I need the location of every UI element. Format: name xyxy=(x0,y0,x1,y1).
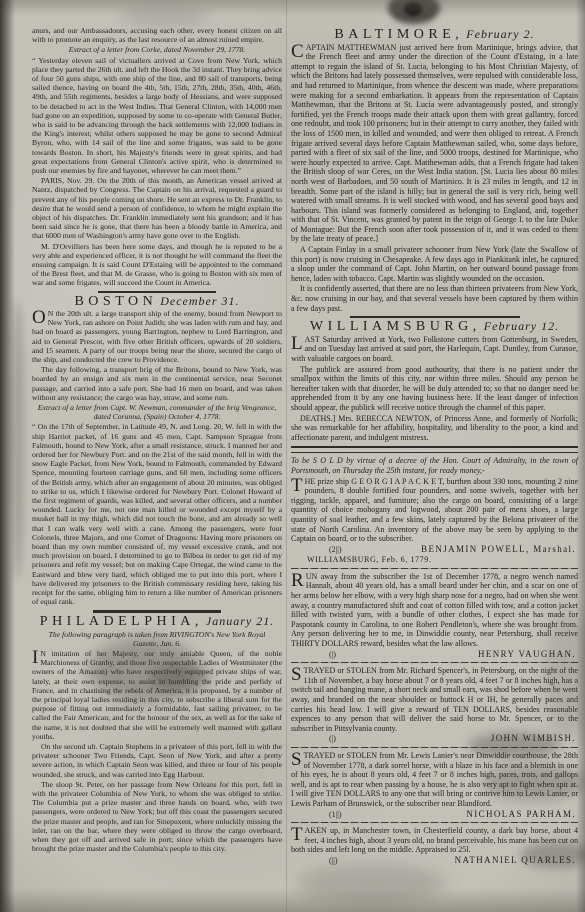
sale-signature-row: (2||) BENJAMIN POWELL, Marshal. xyxy=(293,545,576,555)
baltimore-date: February 2. xyxy=(466,27,534,41)
right-column: BALTIMORE,February 2. CAPTAIN MATTHEWMAN… xyxy=(291,26,578,867)
drop-cap: L xyxy=(291,335,305,352)
signature-mark: (||) xyxy=(329,856,338,866)
drop-cap: S xyxy=(291,666,304,683)
signature-name: JOHN WIMBISH. xyxy=(491,734,576,744)
sale-notice-body: THE prize ship G E O R G I A P A C K E T… xyxy=(291,477,578,544)
baltimore-paragraph-2: A Captain Finlay in a small privateer sc… xyxy=(291,245,578,283)
section-divider-double xyxy=(291,446,578,453)
strayed-ad-2-signature-row: (1||) NICHOLAS PARHAM. xyxy=(293,810,576,820)
advert-divider xyxy=(291,747,578,748)
strayed-horse-ad-2: STRAYED or STOLEN from Mr. Lewis Lanier'… xyxy=(291,751,578,809)
advert-divider xyxy=(291,568,578,569)
drop-cap: R xyxy=(291,572,306,589)
signature-mark: (2||) xyxy=(329,545,342,555)
stain xyxy=(296,864,446,904)
newman-extract-heading: Extract of a letter from Capt. W. Newman… xyxy=(36,403,278,421)
philadelphia-paragraph-3: The sloop St. Peter, on her passage from… xyxy=(32,780,282,854)
strayed-ad-1-signature-row: (|) JOHN WIMBISH. xyxy=(293,734,576,744)
left-column: anurs, and our Ambassadours, accusing ea… xyxy=(32,26,282,867)
advert-divider xyxy=(291,662,578,663)
taken-up-ad-signature-row: (||) NATHANIEL QUARLES. xyxy=(293,856,576,866)
philadelphia-paragraph-1-text: N imitation of her Majesty, our truly am… xyxy=(32,649,282,741)
paris-paragraph: PARIS, Nov. 29. On the 20th of this mont… xyxy=(32,176,282,240)
corke-extract-body: “ Yesterday eleven sail of victuallers a… xyxy=(32,56,282,176)
page-columns: anurs, and our Ambassadours, accusing ea… xyxy=(0,0,585,867)
headline-philadelphia: PHILADELPHIA,January 21. xyxy=(32,617,282,627)
signature-name: NATHANIEL QUARLES. xyxy=(455,856,576,866)
drop-cap: T xyxy=(291,826,305,843)
corke-extract-heading: Extract of a letter from Corke, dated No… xyxy=(36,45,278,54)
drop-cap: T xyxy=(291,477,305,494)
strayed-horse-ad-1-text: TRAYED or STOLEN from Mr. Richard Spence… xyxy=(291,666,578,733)
williamsburg-paragraph-2: The publick are assured from good authou… xyxy=(291,365,578,413)
newspaper-page: anurs, and our Ambassadours, accusing ea… xyxy=(0,0,585,912)
section-divider xyxy=(350,316,520,318)
philadelphia-title: PHILADELPHIA, xyxy=(40,614,203,629)
signature-name: NICHOLAS PARHAM. xyxy=(466,810,576,820)
headline-williamsburg: WILLIAMSBURG,February 12. xyxy=(291,322,578,333)
sale-notice-heading: To be S O L D by virtue of a decree of t… xyxy=(291,456,578,475)
philadelphia-subhead: The following paragraph is taken from RI… xyxy=(36,630,278,648)
sale-notice-body-text: HE prize ship G E O R G I A P A C K E T,… xyxy=(291,477,578,544)
drop-cap: S xyxy=(291,751,304,768)
williamsburg-date: February 12. xyxy=(484,319,559,333)
strayed-horse-ad-2-text: TRAYED or STOLEN from Mr. Lewis Lanier's… xyxy=(291,751,578,808)
boston-paragraph-1: ON the 20th ult. a large transport ship … xyxy=(32,309,282,364)
baltimore-paragraph-3: It is confidently asserted, that there a… xyxy=(291,284,578,313)
philadelphia-date: January 21. xyxy=(206,614,274,628)
boston-date: December 31. xyxy=(160,294,239,308)
runaway-ad-signature-row: (|) HENRY VAUGHAN. xyxy=(293,650,576,660)
boston-paragraph-1-text: N the 20th ult. a large transport ship o… xyxy=(32,309,282,364)
signature-mark: (1||) xyxy=(329,810,342,820)
williamsburg-paragraph-1: LAST Saturday arrived at York, two Folks… xyxy=(291,335,578,364)
signature-mark: (|) xyxy=(329,734,336,744)
deaths-notice: DEATHS.] Mrs. REBECCA NEWTON, of Princes… xyxy=(291,414,578,443)
top-fragment-paragraph: anurs, and our Ambassadours, accusing ea… xyxy=(32,26,282,44)
drop-cap: O xyxy=(32,309,48,326)
baltimore-paragraph-1: CAPTAIN MATTHEWMAN just arrived here fro… xyxy=(291,43,578,244)
signature-name: HENRY VAUGHAN. xyxy=(478,650,576,660)
section-divider xyxy=(98,291,216,293)
signature-mark: (|) xyxy=(329,650,336,660)
philadelphia-paragraph-1: IN imitation of her Majesty, our truly a… xyxy=(32,649,282,741)
signature-name: BENJAMIN POWELL, Marshal. xyxy=(421,545,576,555)
advert-divider xyxy=(291,822,578,823)
boston-title: BOSTON xyxy=(74,294,157,309)
runaway-ad: RUN away from the subscriber the 1st of … xyxy=(291,572,578,649)
williamsburg-title: WILLIAMSBURG, xyxy=(310,319,481,334)
headline-baltimore: BALTIMORE,February 2. xyxy=(291,30,578,41)
strayed-horse-ad-1: STRAYED or STOLEN from Mr. Richard Spenc… xyxy=(291,666,578,733)
runaway-ad-text: UN away from the subscriber the 1st of D… xyxy=(291,572,578,648)
baltimore-title: BALTIMORE, xyxy=(334,27,463,42)
baltimore-paragraph-1-text: APTAIN MATTHEWMAN just arrived here from… xyxy=(291,43,578,244)
sale-dateline: WILLIAMSBURG, Feb. 6, 1779. xyxy=(291,555,578,565)
philadelphia-paragraph-2: On the second ult. Captain Stephens in a… xyxy=(32,742,282,779)
taken-up-ad: TAKEN up, in Manchester town, in Chester… xyxy=(291,826,578,855)
dorvilliers-paragraph: M. D'Orvilliers has been here some days,… xyxy=(32,242,282,288)
headline-boston: BOSTONDecember 31. xyxy=(32,297,282,307)
williamsburg-paragraph-1-text: AST Saturday arrived at York, two Folkst… xyxy=(291,335,578,363)
boston-paragraph-2: The day following, a transport brig of t… xyxy=(32,365,282,402)
drop-cap: C xyxy=(291,43,306,60)
newman-extract-body: “ On the 17th of September, in Latitude … xyxy=(32,422,282,606)
taken-up-ad-text: AKEN up, in Manchester town, in Chesterf… xyxy=(291,826,578,854)
section-divider xyxy=(93,610,221,613)
